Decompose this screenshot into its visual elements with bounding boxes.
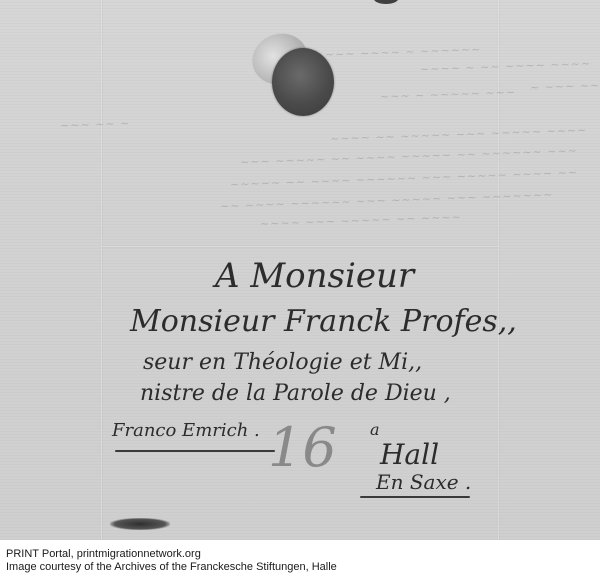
wax-seal bbox=[272, 48, 334, 116]
ink-smudge bbox=[110, 518, 170, 530]
bleed-through-text: ~~ ~~~ ~~~~ ~ ~~~~~~ bbox=[300, 43, 482, 62]
bleed-through-text: ~~~ ~~~~~ ~~ ~~~~ ~~~~~ ~~ ~~~~~~ ~~~ bbox=[240, 144, 578, 169]
fold-line-horizontal bbox=[100, 245, 500, 248]
bleed-through-text: ~~~ ~ ~~~~~ ~~~ bbox=[380, 86, 516, 104]
bleed-through-text: ~~~~ ~~ ~~~~~ ~~~ ~~~~~ ~~~~ bbox=[330, 124, 588, 146]
wax-seal-fragment bbox=[374, 0, 398, 4]
destination-region: En Saxe . bbox=[376, 470, 471, 494]
bleed-through-text: ~~ ~~~~ ~~~~~~ ~~~ ~~~~~ ~~~ ~~~~~~~ bbox=[220, 188, 554, 213]
scanned-letter: ~~ ~~~ ~~~~ ~ ~~~~~~ ~~~~ ~ ~~ ~~~~ ~~~~… bbox=[0, 0, 600, 540]
address-line-4: nistre de la Parole de Dieu , bbox=[140, 381, 451, 406]
destination-city: Hall bbox=[380, 438, 439, 471]
postage-mark: 16 bbox=[268, 416, 337, 479]
address-line-1: A Monsieur bbox=[215, 256, 414, 296]
caption-line-2: Image courtesy of the Archives of the Fr… bbox=[6, 561, 337, 574]
bleed-through-text: ~ ~~~ ~~ bbox=[530, 79, 600, 94]
fold-line-vertical-left bbox=[100, 0, 103, 540]
destination-underline bbox=[360, 496, 470, 498]
address-line-2: Monsieur Franck Profes,, bbox=[130, 304, 517, 339]
bleed-through-text: ~~~~ ~ ~~ ~~~~ ~~~~ bbox=[420, 57, 592, 76]
bleed-through-text: ~~~~ ~~~ ~~~~~ ~~ ~~~~ bbox=[260, 210, 462, 230]
caption-line-1: PRINT Portal, printmigrationnetwork.org bbox=[6, 548, 337, 561]
sender-note: Franco Emrich . bbox=[112, 420, 260, 441]
bleed-through-text: ~~~ ~~ ~ bbox=[60, 117, 131, 132]
destination-prefix: a bbox=[370, 420, 380, 439]
address-line-3: seur en Théologie et Mi,, bbox=[143, 350, 422, 375]
image-caption: PRINT Portal, printmigrationnetwork.org … bbox=[6, 548, 337, 574]
sender-underline bbox=[115, 450, 275, 452]
bleed-through-text: ~~~~~ ~~ ~~~~ ~~~~~~ ~~~ ~~~~~ ~~~~ ~~ bbox=[230, 166, 578, 191]
fold-line-vertical-right bbox=[497, 0, 500, 540]
